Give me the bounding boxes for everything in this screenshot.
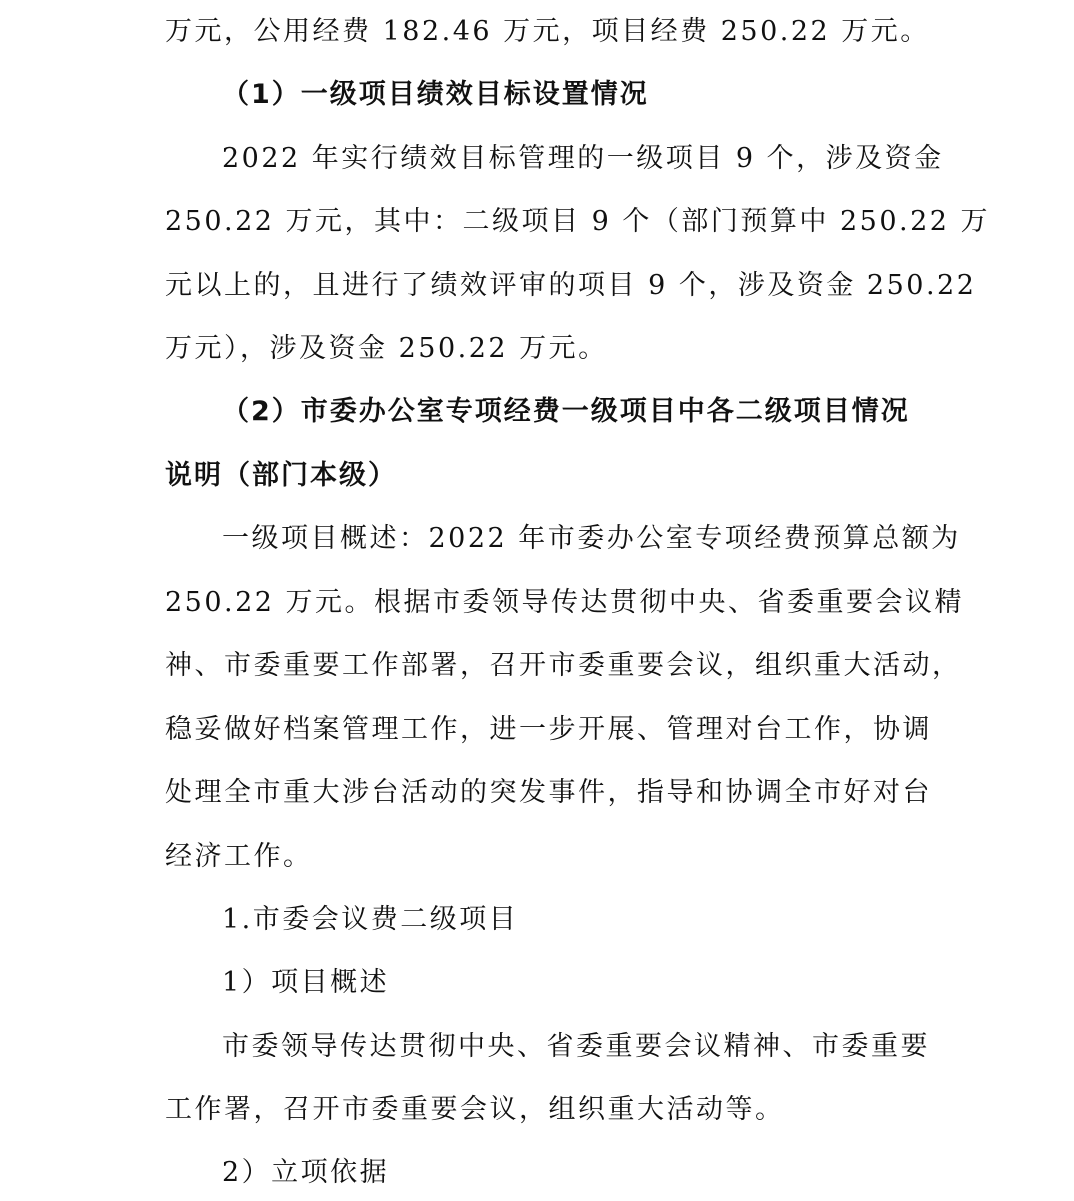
section-heading-level2-secondary-projects: （2）市委办公室专项经费一级项目中各二级项目情况 <box>222 392 904 432</box>
paragraph-line-funding-summary: 万元，公用经费 182.46 万元，项目经费 250.22 万元。 <box>165 12 913 52</box>
subsection-item-overview: 1）项目概述 <box>222 963 972 1003</box>
document-page: 万元，公用经费 182.46 万元，项目经费 250.22 万元。 （1）一级项… <box>0 0 1074 1201</box>
subsection-title-meeting-fee: 1.市委会议费二级项目 <box>222 900 972 940</box>
paragraph-line: 市委领导传达贯彻中央、省委重要会议精神、市委重要 <box>222 1027 912 1067</box>
paragraph-line: 250.22 万元，其中：二级项目 9 个（部门预算中 250.22 万 <box>165 202 913 242</box>
paragraph-line: 稳妥做好档案管理工作，进一步开展、管理对台工作，协调 <box>165 710 913 750</box>
paragraph-line: 神、市委重要工作部署，召开市委重要会议，组织重大活动， <box>165 646 913 686</box>
paragraph-line: 元以上的，且进行了绩效评审的项目 9 个，涉及资金 250.22 <box>165 266 913 306</box>
paragraph-line: 250.22 万元。根据市委领导传达贯彻中央、省委重要会议精 <box>165 583 913 623</box>
paragraph-line: 2022 年实行绩效目标管理的一级项目 9 个，涉及资金 <box>222 139 912 179</box>
subsection-item-basis: 2）立项依据 <box>222 1153 972 1193</box>
section-heading-level2-continued: 说明（部门本级） <box>165 456 915 496</box>
paragraph-line-project-overview: 一级项目概述：2022 年市委办公室专项经费预算总额为 <box>222 519 912 559</box>
paragraph-line: 处理全市重大涉台活动的突发事件，指导和协调全市好对台 <box>165 773 913 813</box>
section-heading-level1-performance-goals: （1）一级项目绩效目标设置情况 <box>222 75 972 115</box>
paragraph-line: 工作署，召开市委重要会议，组织重大活动等。 <box>165 1090 915 1130</box>
paragraph-line: 经济工作。 <box>165 837 915 877</box>
paragraph-line: 万元），涉及资金 250.22 万元。 <box>165 329 915 369</box>
